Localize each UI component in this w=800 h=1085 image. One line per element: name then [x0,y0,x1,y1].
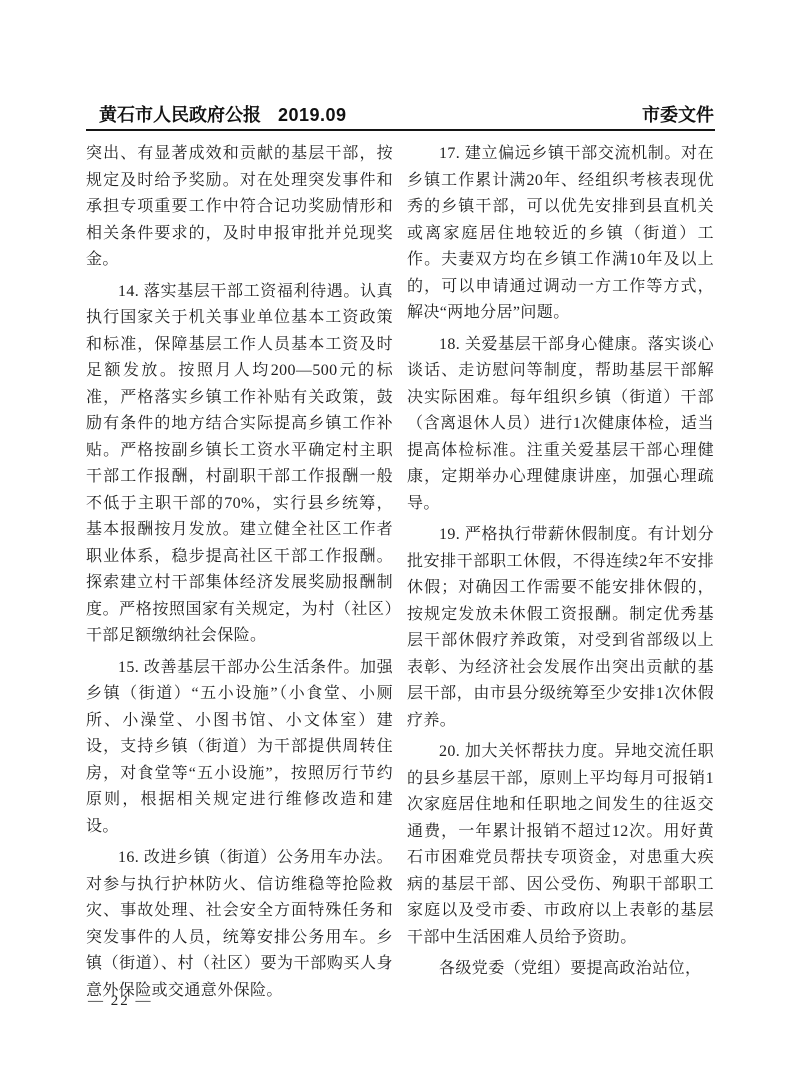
page-number: — 22 — [88,993,153,1009]
paragraph: 17. 建立偏远乡镇干部交流机制。对在乡镇工作累计满20年、经组织考核表现优秀的… [407,141,714,327]
paragraph: 各级党委（党组）要提高政治站位， [407,956,714,983]
page-header: 黄石市人民政府公报2019.09 市委文件 [86,101,714,127]
right-column: 17. 建立偏远乡镇干部交流机制。对在乡镇工作累计满20年、经组织考核表现优秀的… [407,141,714,1004]
paragraph: 20. 加大关怀帮扶力度。异地交流任职的县乡基层干部，原则上平均每月可报销1次家… [407,739,714,951]
paragraph: 15. 改善基层干部办公生活条件。加强乡镇（街道）“五小设施”（小食堂、小厕所、… [86,655,393,841]
left-column: 突出、有显著成效和贡献的基层干部，按规定及时给予奖励。对在处理突发事件和承担专项… [86,141,393,1004]
header-left: 黄石市人民政府公报2019.09 [86,101,347,127]
header-rule [86,129,715,131]
publication-title: 黄石市人民政府公报 [99,105,261,125]
article-body: 突出、有显著成效和贡献的基层干部，按规定及时给予奖励。对在处理突发事件和承担专项… [86,141,714,1004]
paragraph: 18. 关爱基层干部身心健康。落实谈心谈话、走访慰问等制度，帮助基层干部解决实际… [407,332,714,518]
paragraph: 突出、有显著成效和贡献的基层干部，按规定及时给予奖励。对在处理突发事件和承担专项… [86,141,393,274]
paragraph: 19. 严格执行带薪休假制度。有计划分批安排干部职工休假，不得连续2年不安排休假… [407,522,714,734]
gazette-page: 黄石市人民政府公报2019.09 市委文件 突出、有显著成效和贡献的基层干部，按… [0,0,800,1085]
paragraph: 16. 改进乡镇（街道）公务用车办法。对参与执行护林防火、信访维稳等抢险救灾、事… [86,845,393,1004]
paragraph: 14. 落实基层干部工资福利待遇。认真执行国家关于机关事业单位基本工资政策和标准… [86,279,393,650]
section-label: 市委文件 [642,101,714,127]
page-footer: — 22 — [88,993,153,1010]
issue-number: 2019.09 [278,105,347,125]
